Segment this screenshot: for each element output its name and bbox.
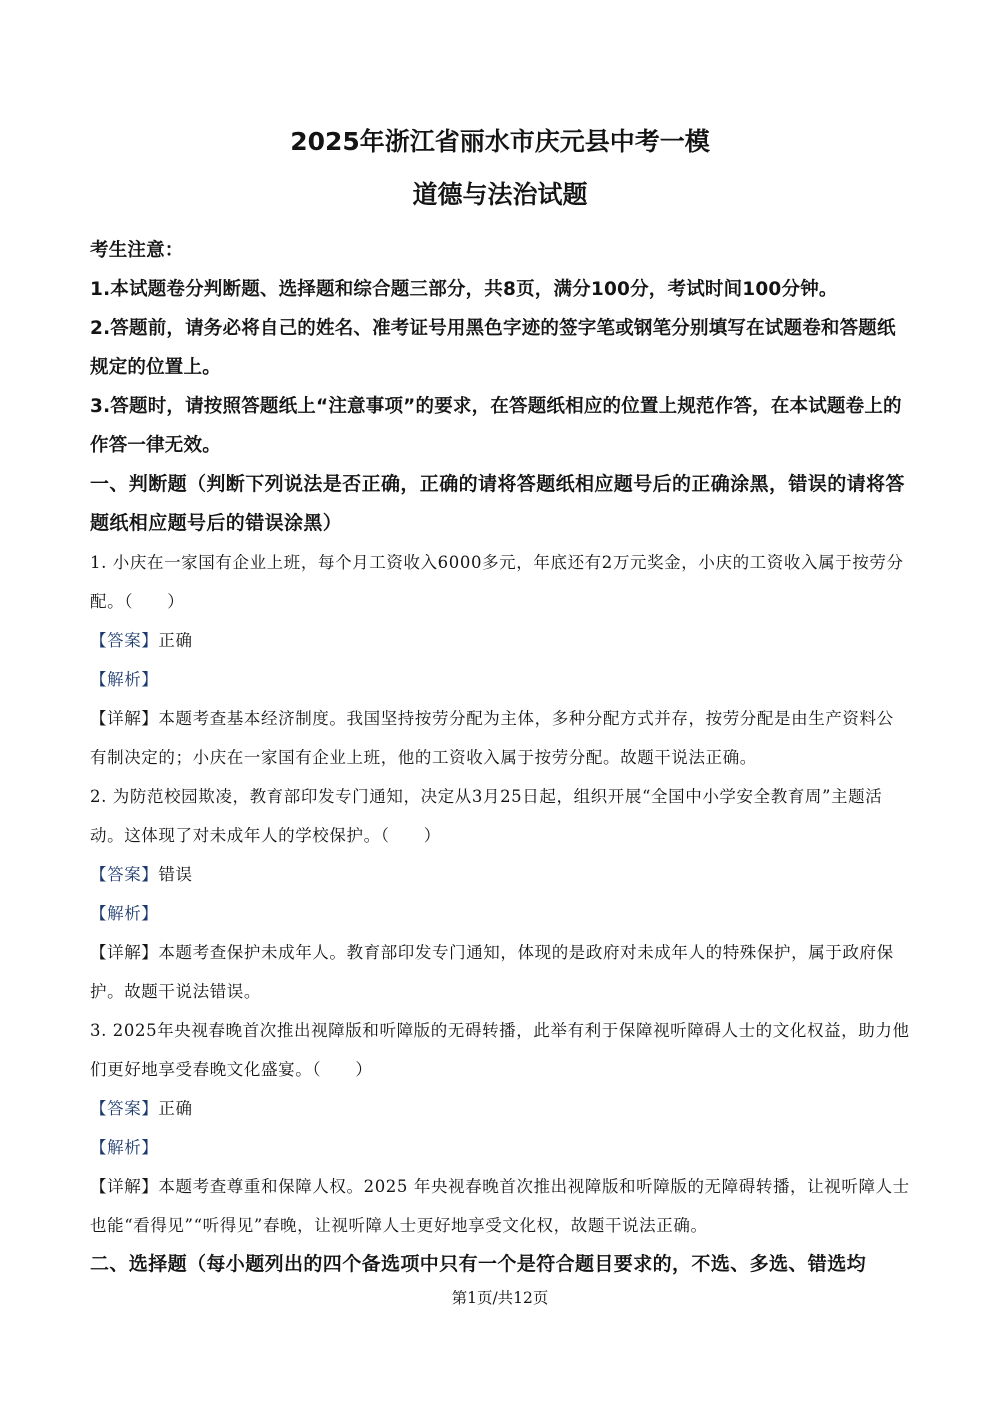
analysis-label: 【解析】	[90, 1138, 158, 1157]
detail-label: 【详解】	[90, 943, 158, 962]
notice-heading: 考生注意：	[90, 231, 910, 270]
question-2-stem: 2. 为防范校园欺凌，教育部印发专门通知，决定从3月25日起，组织开展“全国中小…	[90, 777, 910, 855]
question-3-stem: 3. 2025年央视春晚首次推出视障版和听障版的无碍转播，此举有利于保障视听障碍…	[90, 1011, 910, 1089]
question-3-detail: 【详解】本题考查尊重和保障人权。2025 年央视春晚首次推出视障版和听障版的无障…	[90, 1167, 910, 1245]
answer-label: 【答案】	[90, 1099, 158, 1118]
answer-value: 正确	[158, 1099, 192, 1118]
section-1-heading: 一、判断题（判断下列说法是否正确，正确的请将答题纸相应题号后的正确涂黑，错误的请…	[90, 465, 910, 543]
analysis-label: 【解析】	[90, 904, 158, 923]
detail-text: 本题考查基本经济制度。我国坚持按劳分配为主体，多种分配方式并存，按劳分配是由生产…	[90, 709, 894, 767]
notice-item-2: 2.答题前，请务必将自己的姓名、准考证号用黑色字迹的签字笔或钢笔分别填写在试题卷…	[90, 309, 910, 387]
exam-subtitle: 道德与法治试题	[90, 177, 910, 213]
detail-label: 【详解】	[90, 1177, 158, 1196]
question-1-stem: 1. 小庆在一家国有企业上班，每个月工资收入6000多元，年底还有2万元奖金，小…	[90, 543, 910, 621]
question-1-detail: 【详解】本题考查基本经济制度。我国坚持按劳分配为主体，多种分配方式并存，按劳分配…	[90, 699, 910, 777]
detail-text: 本题考查保护未成年人。教育部印发专门通知，体现的是政府对未成年人的特殊保护，属于…	[90, 943, 894, 1001]
exam-page: 2025年浙江省丽水市庆元县中考一模 道德与法治试题 考生注意： 1.本试题卷分…	[90, 124, 910, 1284]
question-2-detail: 【详解】本题考查保护未成年人。教育部印发专门通知，体现的是政府对未成年人的特殊保…	[90, 933, 910, 1011]
answer-label: 【答案】	[90, 865, 158, 884]
question-1-analysis: 【解析】	[90, 660, 910, 699]
section-2-heading: 二、选择题（每小题列出的四个备选项中只有一个是符合题目要求的，不选、多选、错选均	[90, 1245, 910, 1284]
question-2-answer: 【答案】错误	[90, 855, 910, 894]
answer-label: 【答案】	[90, 631, 158, 650]
exam-title: 2025年浙江省丽水市庆元县中考一模	[90, 124, 910, 160]
notice-item-3: 3.答题时，请按照答题纸上“注意事项”的要求，在答题纸相应的位置上规范作答，在本…	[90, 387, 910, 465]
question-3-answer: 【答案】正确	[90, 1089, 910, 1128]
notice-item-1: 1.本试题卷分判断题、选择题和综合题三部分，共8页，满分100分，考试时间100…	[90, 270, 910, 309]
question-1-answer: 【答案】正确	[90, 621, 910, 660]
page-indicator: 第1页/共12页	[0, 1286, 1000, 1310]
question-2-analysis: 【解析】	[90, 894, 910, 933]
detail-label: 【详解】	[90, 709, 158, 728]
answer-value: 正确	[158, 631, 192, 650]
analysis-label: 【解析】	[90, 670, 158, 689]
detail-text: 本题考查尊重和保障人权。2025 年央视春晚首次推出视障版和听障版的无障碍转播，…	[90, 1177, 910, 1235]
question-3-analysis: 【解析】	[90, 1128, 910, 1167]
answer-value: 错误	[158, 865, 192, 884]
